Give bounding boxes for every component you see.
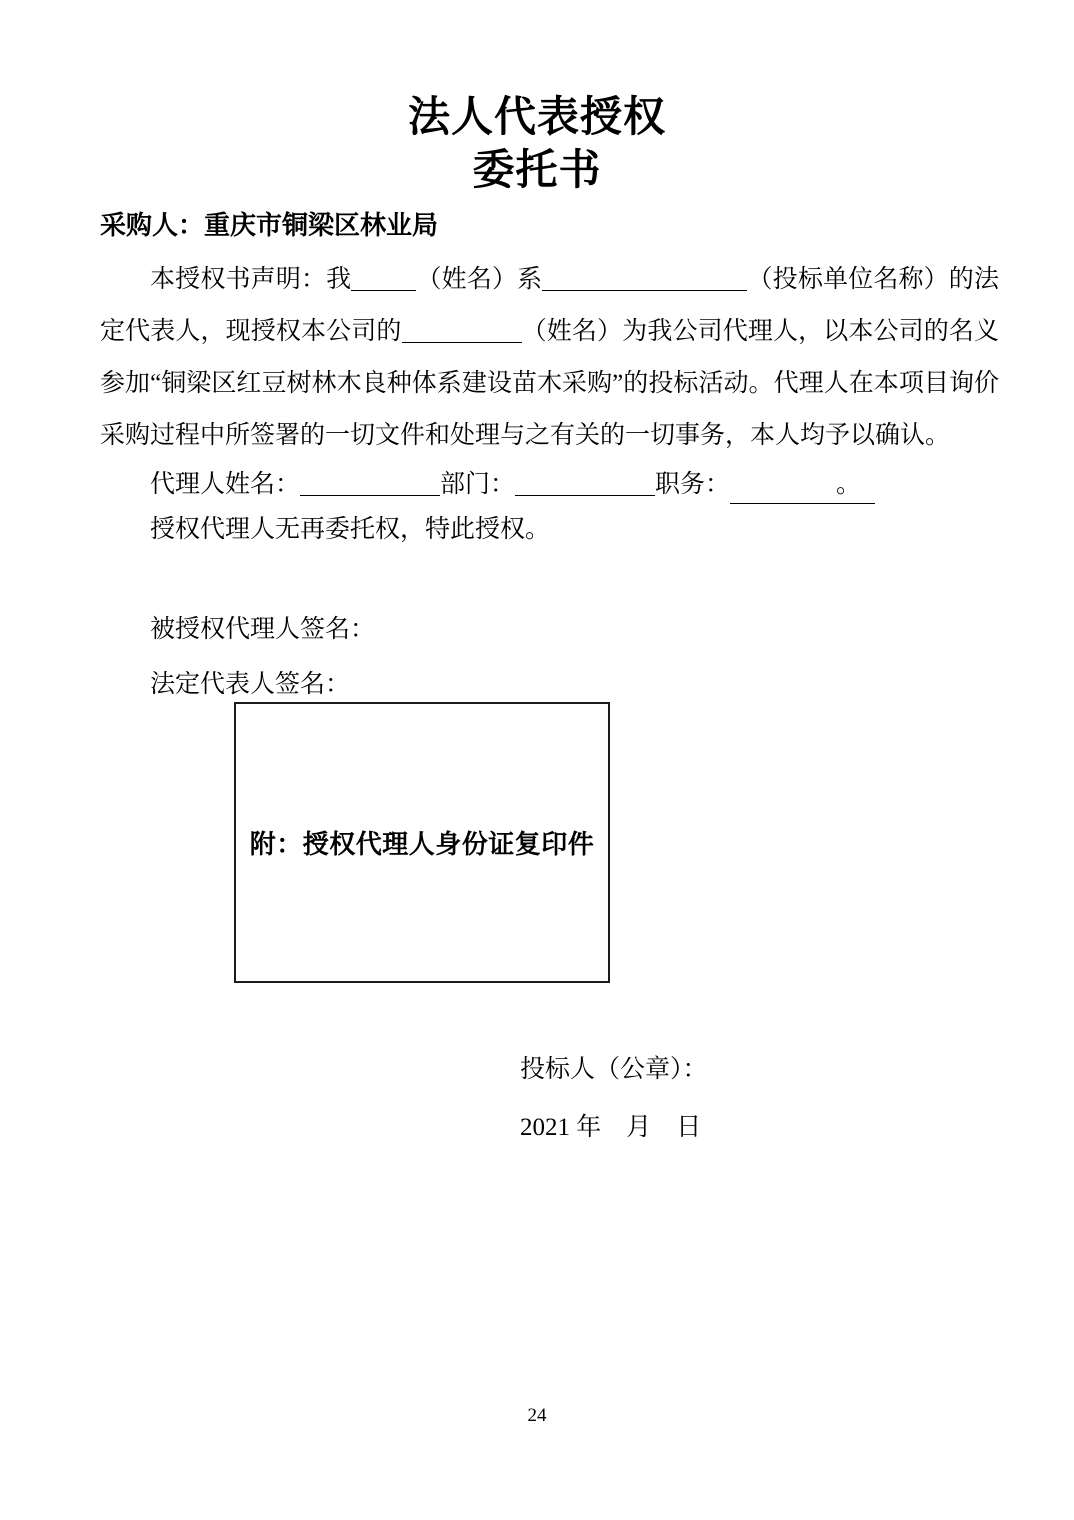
document-title-line2: 委托书 [0, 145, 1074, 198]
agent-info-line: 代理人姓名：部门：职务：。 [150, 467, 875, 504]
id-copy-attachment-box: 附：授权代理人身份证复印件 [234, 702, 610, 983]
bidder-company-name-blank [542, 286, 747, 291]
page-number: 24 [0, 1404, 1074, 1428]
declaration-text-1: 本授权书声明：我 [150, 266, 351, 293]
position-label: 职务： [655, 471, 730, 498]
declaration-text-2: （姓名）系 [416, 266, 542, 293]
department-field-blank [515, 491, 655, 496]
agent-name-blank [402, 338, 522, 343]
document-title-line1: 法人代表授权 [0, 92, 1074, 145]
declaration-paragraph: 本授权书声明：我（姓名）系（投标单位名称）的法定代表人，现授权本公司的（姓名）为… [100, 254, 999, 462]
no-delegation-statement: 授权代理人无再委托权，特此授权。 [150, 512, 550, 548]
agent-name-label: 代理人姓名： [150, 471, 300, 498]
bidder-seal-label: 投标人（公章）： [520, 1052, 708, 1088]
agent-name-field-blank [300, 491, 440, 496]
authorization-letter-page: 法人代表授权 委托书 采购人：重庆市铜梁区林业局 本授权书声明：我（姓名）系（投… [0, 0, 1074, 1520]
authorized-agent-signature-label: 被授权代理人签名： [150, 612, 375, 648]
position-field-blank: 。 [730, 467, 875, 504]
date-line: 2021 年 月 日 [520, 1110, 701, 1146]
purchaser-line: 采购人：重庆市铜梁区林业局 [100, 208, 438, 242]
department-label: 部门： [440, 471, 515, 498]
legal-rep-name-blank [351, 286, 416, 291]
legal-representative-signature-label: 法定代表人签名： [150, 667, 350, 703]
attachment-note: 附：授权代理人身份证复印件 [250, 824, 595, 861]
document-title: 法人代表授权 委托书 [0, 92, 1074, 198]
